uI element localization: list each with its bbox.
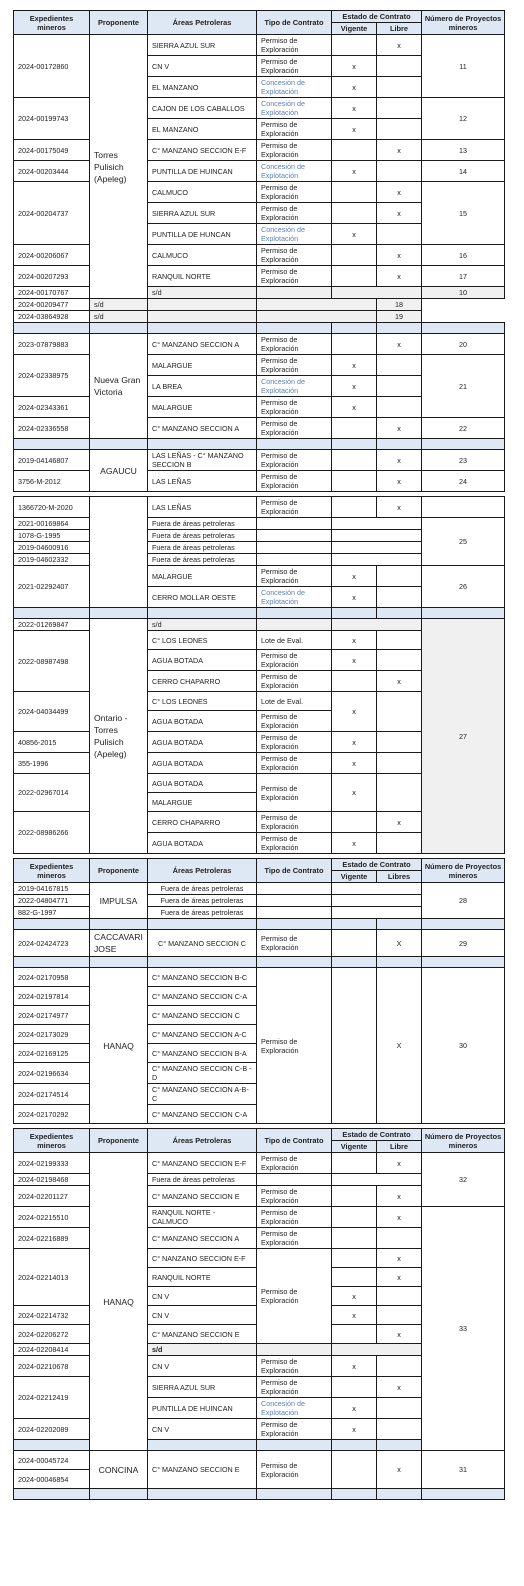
expediente-cell: 2024-02212419 <box>14 1377 90 1419</box>
data-table: 1366720-M-2020LAS LEÑASPermiso de Explor… <box>13 496 505 854</box>
vigente-cell <box>332 418 377 439</box>
expediente-cell: 3756-M-2012 <box>14 471 90 492</box>
expediente-cell: 2024-00209477 <box>14 299 90 311</box>
area-cell: CN V <box>148 1306 257 1325</box>
tipo-cell: Permiso de Exploración <box>257 35 332 56</box>
expediente-cell: 2022-02967014 <box>14 774 90 812</box>
proponente-cell: AGAUCU <box>90 450 148 492</box>
table-row: 2019-04167815IMPULSAFuera de áreas petro… <box>14 883 505 895</box>
header-estado: Estado de Contrato <box>332 1129 422 1141</box>
area-cell: Fuera de áreas petroleras <box>148 907 257 919</box>
expediente-cell: 2024-02174977 <box>14 1006 90 1025</box>
libre-cell <box>377 774 422 812</box>
libre-cell: x <box>377 140 422 161</box>
header-tipo: Tipo de Contrato <box>257 11 332 35</box>
header-libre: Libres <box>377 871 422 883</box>
tipo-cell: Permiso de Exploración <box>257 397 332 418</box>
area-cell: s/d <box>90 311 148 323</box>
tipo-cell: Permiso de Exploración <box>257 1419 332 1440</box>
expediente-cell: 2024-00045724 <box>14 1451 90 1470</box>
area-cell: C° MANZANO SECCION A <box>148 1228 257 1249</box>
area-cell: PUNTILLA DE HUINCAN <box>148 161 257 182</box>
estado-cell <box>257 299 377 311</box>
spacer-cell <box>90 957 148 968</box>
spacer-cell <box>257 1489 332 1500</box>
area-cell: Fuera de áreas petroleras <box>148 554 257 566</box>
estado-cell <box>332 518 422 530</box>
libre-cell <box>377 56 422 77</box>
libre-cell: x <box>377 450 422 471</box>
spacer-cell <box>148 323 257 334</box>
vigente-cell: x <box>332 833 377 854</box>
spacer-cell <box>90 1489 148 1500</box>
tipo-cell: Concesión de Explotación <box>257 1398 332 1419</box>
libre-cell <box>377 650 422 671</box>
area-cell: Fuera de áreas petroleras <box>148 895 257 907</box>
tipo-cell: Concesión de Explotación <box>257 98 332 119</box>
spacer-cell <box>422 919 505 930</box>
tipo-cell: Permiso de Exploración <box>257 1153 332 1174</box>
header-proponente: Proponente <box>90 859 148 883</box>
table-row: 1366720-M-2020LAS LEÑASPermiso de Explor… <box>14 497 505 518</box>
spacer-cell <box>422 1489 505 1500</box>
numero-proyectos-cell: 13 <box>422 140 505 161</box>
area-cell: C° MANZANO SECCION A-B-C <box>148 1084 257 1105</box>
area-cell: AGUA BOTADA <box>148 753 257 774</box>
libre-cell: x <box>377 671 422 692</box>
numero-proyectos-cell: 23 <box>422 450 505 471</box>
expediente-cell: 2024-00172860 <box>14 35 90 98</box>
table-row: 3756-M-2012LAS LEÑASPermiso de Exploraci… <box>14 471 505 492</box>
libre-cell <box>377 1356 422 1377</box>
tipo-cell <box>257 554 332 566</box>
area-cell: PUNTILLA DE HUINCAN <box>148 1398 257 1419</box>
expediente-cell: 2019-04600916 <box>14 542 90 554</box>
expediente-cell: 2024-02202089 <box>14 1419 90 1440</box>
spacer-cell <box>332 1440 377 1451</box>
libre-cell <box>377 753 422 774</box>
tipo-cell <box>257 530 332 542</box>
expediente-cell: 2024-02336558 <box>14 418 90 439</box>
expediente-cell: 2024-02424723 <box>14 930 90 957</box>
vigente-cell: x <box>332 650 377 671</box>
spacer-cell <box>377 608 422 619</box>
spacer-cell <box>257 1440 332 1451</box>
spacer-cell <box>332 608 377 619</box>
tipo-cell <box>148 311 257 323</box>
expediente-cell: 2024-02216889 <box>14 1228 90 1249</box>
spacer-cell <box>377 1489 422 1500</box>
vigente-cell <box>332 450 377 471</box>
area-cell: CN V <box>148 1287 257 1306</box>
tipo-cell: Permiso de Exploración <box>257 968 332 1124</box>
tipo-cell: Permiso de Exploración <box>257 732 332 753</box>
area-cell: C° MANZANO SECCION C-B - D <box>148 1063 257 1084</box>
vigente-cell <box>332 35 377 56</box>
estado-cell <box>332 287 422 299</box>
tipo-cell: Permiso de Exploración <box>257 711 332 732</box>
area-cell: Fuera de áreas petroleras <box>148 1174 257 1186</box>
area-cell: CN V <box>148 56 257 77</box>
vigente-cell: x <box>332 397 377 418</box>
table-row: 2024-00209477s/d18 <box>14 299 505 311</box>
table-row: 2024-03864928s/d19 <box>14 311 505 323</box>
tipo-cell: Permiso de Exploración <box>257 930 332 957</box>
vigente-cell: x <box>332 77 377 98</box>
expediente-cell: 2024-02170292 <box>14 1105 90 1124</box>
libre-cell <box>377 1306 422 1325</box>
table-row: 2021-02292407MALARGUEPermiso de Explorac… <box>14 566 505 587</box>
tipo-cell <box>148 299 257 311</box>
libre-cell: x <box>377 418 422 439</box>
tipo-cell: Permiso de Exploración <box>257 471 332 492</box>
vigente-cell: x <box>332 1287 377 1306</box>
header-estado: Estado de Contrato <box>332 11 422 23</box>
vigente-cell <box>332 968 377 1124</box>
libre-cell: x <box>377 471 422 492</box>
header-expedientes: Expedientes mineros <box>14 859 90 883</box>
tipo-cell: Permiso de Exploración <box>257 56 332 77</box>
tipo-cell: Concesión de Explotación <box>257 587 332 608</box>
numero-proyectos-cell: 12 <box>422 98 505 140</box>
estado-cell <box>332 1344 422 1356</box>
vigente-cell <box>332 1249 377 1268</box>
document-page: Expedientes minerosProponenteÁreas Petro… <box>0 0 524 1500</box>
table-row: 2024-02424723CACCAVARI JOSEC° MANZANO SE… <box>14 930 505 957</box>
spacer-cell <box>90 608 148 619</box>
tipo-cell <box>257 1174 332 1186</box>
expediente-cell: 2023-07879883 <box>14 334 90 355</box>
numero-proyectos-cell: 16 <box>422 245 505 266</box>
table-row: 2024-02170958HANAQC° MANZANO SECCION B-C… <box>14 968 505 987</box>
proponente-cell: CACCAVARI JOSE <box>90 930 148 957</box>
spacer-row <box>14 608 505 619</box>
area-cell: MALARGUE <box>148 793 257 812</box>
spacer-cell <box>148 1489 257 1500</box>
expediente-cell: 2024-02197814 <box>14 987 90 1006</box>
tipo-cell: Permiso de Exploración <box>257 1249 332 1344</box>
tipo-cell: Permiso de Exploración <box>257 671 332 692</box>
vigente-cell <box>332 203 377 224</box>
expediente-cell: 2022-04804771 <box>14 895 90 907</box>
vigente-cell <box>332 812 377 833</box>
table-row: 2022-01269847Ontario - Torres Pulisich (… <box>14 619 505 631</box>
area-cell: CALMUCO <box>148 245 257 266</box>
area-cell: EL MANZANO <box>148 119 257 140</box>
spacer-cell <box>257 957 332 968</box>
area-cell: CAJON DE LOS CABALLOS <box>148 98 257 119</box>
libre-cell <box>377 98 422 119</box>
numero-proyectos-cell: 25 <box>422 518 505 566</box>
libre-cell <box>377 224 422 245</box>
libre-cell: x <box>377 1451 422 1489</box>
spacer-cell <box>422 439 505 450</box>
spacer-cell <box>148 1440 257 1451</box>
expediente-cell: 2024-02201127 <box>14 1186 90 1207</box>
tipo-cell: Permiso de Exploración <box>257 753 332 774</box>
libre-cell <box>377 1419 422 1440</box>
libre-cell: x <box>377 182 422 203</box>
area-cell: C° MANZANO SECCION B-C <box>148 968 257 987</box>
area-cell: C° MANZANO SECCION C <box>148 930 257 957</box>
expediente-cell: 2021-00169864 <box>14 518 90 530</box>
area-cell: CERRO CHAPARRO <box>148 671 257 692</box>
area-cell: SIERRA AZUL SUR <box>148 35 257 56</box>
vigente-cell: x <box>332 355 377 376</box>
libre-cell <box>377 1398 422 1419</box>
expediente-cell: 1078-G-1995 <box>14 530 90 542</box>
table-row: 2024-00045724CONCINAC° MANZANO SECCION E… <box>14 1451 505 1470</box>
header-tipo: Tipo de Contrato <box>257 1129 332 1153</box>
numero-proyectos-cell: 15 <box>422 182 505 245</box>
vigente-cell: x <box>332 376 377 397</box>
area-cell: C° MANZANO SECCION E-F <box>148 140 257 161</box>
spacer-cell <box>14 957 90 968</box>
spacer-row <box>14 919 505 930</box>
vigente-cell <box>332 1228 377 1249</box>
proponente-cell: Nueva Gran Victoria <box>90 334 148 439</box>
spacer-cell <box>257 323 332 334</box>
vigente-cell: x <box>332 692 377 732</box>
header-row: Expedientes minerosProponenteÁreas Petro… <box>14 11 505 23</box>
vigente-cell <box>332 1325 377 1344</box>
expediente-cell: 2019-04167815 <box>14 883 90 895</box>
header-areas: Áreas Petroleras <box>148 859 257 883</box>
libre-cell: x <box>377 203 422 224</box>
area-cell: C° LOS LEONES <box>148 631 257 650</box>
libre-cell <box>377 833 422 854</box>
table-row: 2024-02199333HANAQC° MANZANO SECCION E-F… <box>14 1153 505 1174</box>
tipo-cell: Permiso de Exploración <box>257 812 332 833</box>
expediente-cell: 2024-02174514 <box>14 1084 90 1105</box>
vigente-cell: x <box>332 774 377 812</box>
header-libre: Libre <box>377 1141 422 1153</box>
area-cell: RANQUIL NORTE <box>148 1268 257 1287</box>
area-cell: AGUA BOTADA <box>148 732 257 753</box>
area-cell: Fuera de áreas petroleras <box>148 883 257 895</box>
spacer-cell <box>14 1489 90 1500</box>
libre-cell: X <box>377 930 422 957</box>
expediente-cell: 2024-02206272 <box>14 1325 90 1344</box>
expediente-cell: 2024-03864928 <box>14 311 90 323</box>
tipo-cell: Permiso de Exploración <box>257 245 332 266</box>
spacer-cell <box>14 323 90 334</box>
data-table: Expedientes minerosProponenteÁreas Petro… <box>13 1128 505 1500</box>
spacer-cell <box>14 608 90 619</box>
libre-cell <box>377 732 422 753</box>
spacer-cell <box>148 608 257 619</box>
numero-proyectos-cell: 22 <box>422 418 505 439</box>
area-cell: C° MANZANO SECCION E-F <box>148 1153 257 1174</box>
tipo-cell: Permiso de Exploración <box>257 140 332 161</box>
area-cell: s/d <box>148 287 257 299</box>
tipo-cell <box>257 619 332 631</box>
area-cell: C° MANZANO SECCION E <box>148 1451 257 1489</box>
table-row: 2024-00207293RANQUIL NORTEPermiso de Exp… <box>14 266 505 287</box>
area-cell: Fuera de áreas petroleras <box>148 518 257 530</box>
numero-proyectos-cell: 28 <box>422 883 505 919</box>
proponente-cell: CONCINA <box>90 1451 148 1489</box>
libre-cell <box>377 631 422 650</box>
table-row: 2024-00206067CALMUCOPermiso de Exploraci… <box>14 245 505 266</box>
proponente-cell: Torres Pulisich (Apeleg) <box>90 35 148 299</box>
expediente-cell: 2024-00203444 <box>14 161 90 182</box>
area-cell: C° MANZANO SECCION E <box>148 1186 257 1207</box>
spacer-cell <box>332 919 377 930</box>
tipo-cell: Permiso de Exploración <box>257 355 332 376</box>
area-cell: AGUA BOTADA <box>148 711 257 732</box>
area-cell: RANQUIL NORTE <box>148 266 257 287</box>
spacer-cell <box>148 919 257 930</box>
tipo-cell: Permiso de Exploración <box>257 497 332 518</box>
libre-cell <box>377 692 422 732</box>
header-libre: Libre <box>377 23 422 35</box>
vigente-cell <box>332 471 377 492</box>
expediente-cell: 2024-00207293 <box>14 266 90 287</box>
spacer-cell <box>14 919 90 930</box>
estado-cell <box>332 530 422 542</box>
libre-cell: x <box>377 1325 422 1344</box>
estado-cell <box>332 554 422 566</box>
vigente-cell: x <box>332 161 377 182</box>
area-cell: Fuera de áreas petroleras <box>148 542 257 554</box>
expediente-cell: 2024-00170767 <box>14 287 90 299</box>
vigente-cell: x <box>332 566 377 587</box>
expediente-cell: 2019-04146807 <box>14 450 90 471</box>
header-tipo: Tipo de Contrato <box>257 859 332 883</box>
vigente-cell <box>332 671 377 692</box>
header-proponente: Proponente <box>90 1129 148 1153</box>
tipo-cell: Permiso de Exploración <box>257 833 332 854</box>
vigente-cell: x <box>332 1356 377 1377</box>
numero-proyectos-cell: 31 <box>422 1451 505 1489</box>
numero-proyectos-cell: 18 <box>377 299 422 311</box>
spacer-cell <box>422 957 505 968</box>
spacer-cell <box>332 439 377 450</box>
area-cell: C° MANZANO SECCION C-A <box>148 1105 257 1124</box>
expediente-cell: 2019-04602332 <box>14 554 90 566</box>
numero-proyectos-cell: 26 <box>422 566 505 608</box>
spacer-cell <box>377 919 422 930</box>
libre-cell: x <box>377 1249 422 1268</box>
proponente-cell: HANAQ <box>90 1153 148 1451</box>
table-row: 2023-07879883Nueva Gran VictoriaC° MANZA… <box>14 334 505 355</box>
table-row: 2024-00204737CALMUCOPermiso de Exploraci… <box>14 182 505 203</box>
spacer-row <box>14 439 505 450</box>
tipo-cell: Permiso de Exploración <box>257 566 332 587</box>
libre-cell: x <box>377 334 422 355</box>
libre-cell <box>377 119 422 140</box>
libre-cell <box>377 566 422 587</box>
tipo-cell: Concesión de Explotación <box>257 224 332 245</box>
area-cell: CALMUCO <box>148 182 257 203</box>
vigente-cell <box>332 266 377 287</box>
libre-cell: x <box>377 1186 422 1207</box>
table-row: 2024-00175049C° MANZANO SECCION E-FPermi… <box>14 140 505 161</box>
table-row: 2024-00172860Torres Pulisich (Apeleg)SIE… <box>14 35 505 56</box>
libre-cell <box>377 1287 422 1306</box>
area-cell: SIERRA AZUL SUR <box>148 1377 257 1398</box>
header-expedientes: Expedientes mineros <box>14 11 90 35</box>
expediente-cell: 2024-02214732 <box>14 1306 90 1325</box>
numero-proyectos-cell: 30 <box>422 968 505 1124</box>
tipo-cell: Permiso de Exploración <box>257 1228 332 1249</box>
table-row: 2024-00203444PUNTILLA DE HUINCANConcesió… <box>14 161 505 182</box>
header-estado: Estado de Contrato <box>332 859 422 871</box>
proponente-cell: IMPULSA <box>90 883 148 919</box>
table-row: 2021-00169864Fuera de áreas petroleras25 <box>14 518 505 530</box>
tipo-cell: Permiso de Exploración <box>257 1377 332 1398</box>
header-vigente: Vigente <box>332 23 377 35</box>
numero-proyectos-cell: 10 <box>422 287 505 299</box>
area-cell: LA BREA <box>148 376 257 397</box>
vigente-cell <box>332 1153 377 1174</box>
expediente-cell: 355-1996 <box>14 753 90 774</box>
libre-cell: x <box>377 35 422 56</box>
expediente-cell: 2024-02173029 <box>14 1025 90 1044</box>
tipo-cell: Permiso de Exploración <box>257 1186 332 1207</box>
area-cell: s/d <box>148 619 257 631</box>
libre-cell: x <box>377 497 422 518</box>
expediente-cell: 2024-00175049 <box>14 140 90 161</box>
expediente-cell: 2021-02292407 <box>14 566 90 608</box>
tipo-cell: Concesión de Explotación <box>257 376 332 397</box>
tipo-cell <box>257 907 332 919</box>
tipo-cell <box>257 895 332 907</box>
area-cell: SIERRA AZUL SUR <box>148 203 257 224</box>
numero-proyectos-cell: 14 <box>422 161 505 182</box>
area-cell: AGUA BOTADA <box>148 774 257 793</box>
area-cell: AGUA BOTADA <box>148 833 257 854</box>
table-row: 2024-02338975MALARGUEPermiso de Explorac… <box>14 355 505 376</box>
numero-proyectos-cell <box>422 497 505 518</box>
libre-cell <box>377 587 422 608</box>
area-cell: MALARGUE <box>148 397 257 418</box>
area-cell: Fuera de áreas petroleras <box>148 530 257 542</box>
expediente-cell: 2024-02170958 <box>14 968 90 987</box>
numero-proyectos-cell: 19 <box>377 311 422 323</box>
expediente-cell: 2024-00204737 <box>14 182 90 245</box>
spacer-cell <box>422 323 505 334</box>
area-cell: CERRO MOLLAR OESTE <box>148 587 257 608</box>
libre-cell: X <box>377 968 422 1124</box>
libre-cell: x <box>377 1153 422 1174</box>
area-cell: EL MANZANO <box>148 77 257 98</box>
spacer-cell <box>90 323 148 334</box>
libre-cell <box>377 161 422 182</box>
tipo-cell: Concesión de Explotación <box>257 77 332 98</box>
header-row: Expedientes minerosProponenteÁreas Petro… <box>14 1129 505 1141</box>
expediente-cell: 2024-02210678 <box>14 1356 90 1377</box>
vigente-cell: x <box>332 587 377 608</box>
proponente-cell: Ontario - Torres Pulisich (Apeleg) <box>90 619 148 854</box>
spacer-cell <box>377 323 422 334</box>
estado-cell <box>332 542 422 554</box>
expediente-cell: 2024-02343361 <box>14 397 90 418</box>
header-vigente: Vigente <box>332 1141 377 1153</box>
table-row: 2024-00199743CAJON DE LOS CABALLOSConces… <box>14 98 505 119</box>
expediente-cell: 2024-02215510 <box>14 1207 90 1228</box>
spacer-cell <box>422 608 505 619</box>
expediente-cell: 2022-08987498 <box>14 631 90 692</box>
proponente-cell <box>90 497 148 608</box>
area-cell: CERRO CHAPARRO <box>148 812 257 833</box>
expediente-cell: 2024-02208414 <box>14 1344 90 1356</box>
spacer-row <box>14 957 505 968</box>
vigente-cell: x <box>332 732 377 753</box>
area-cell: C° MANZANO SECCION E <box>148 1325 257 1344</box>
vigente-cell: x <box>332 1398 377 1419</box>
